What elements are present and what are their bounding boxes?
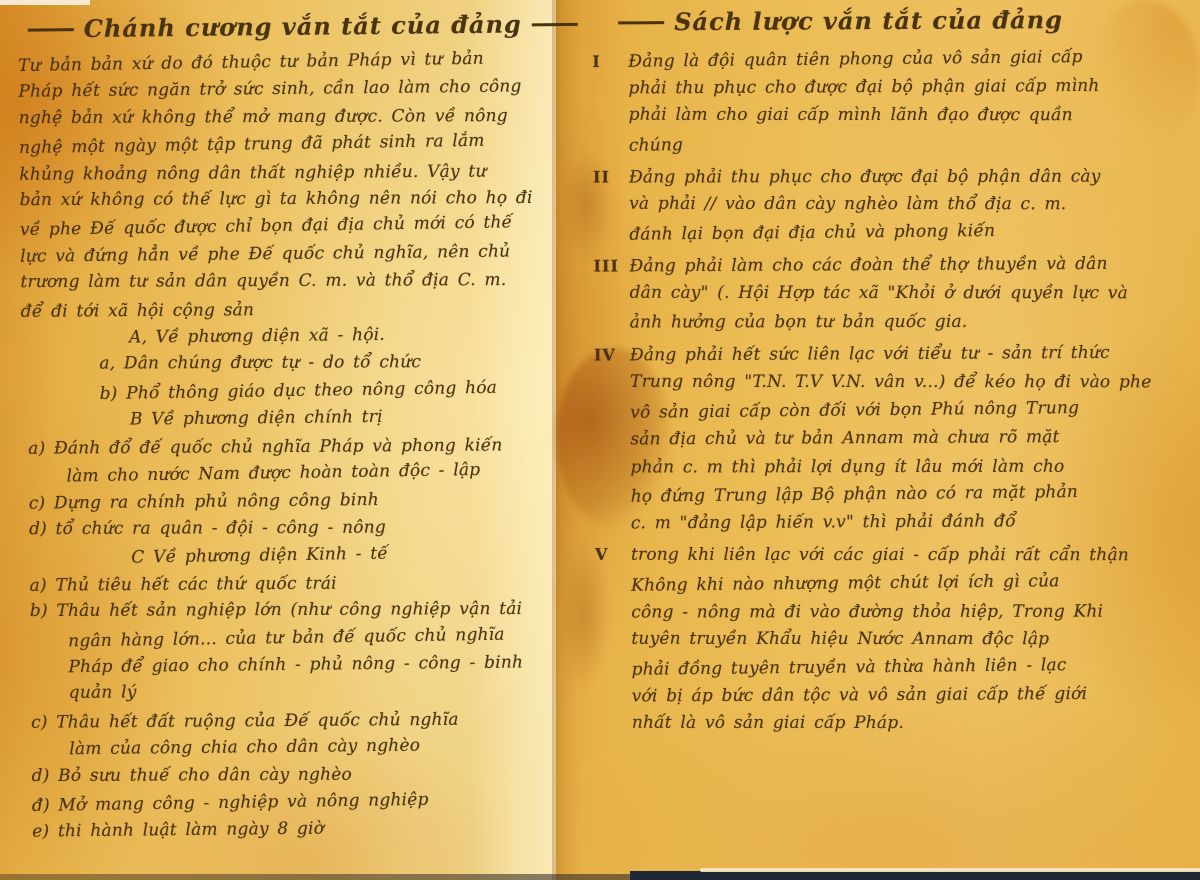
- line-text: phải thu phục cho được đại bộ phận giai …: [628, 76, 1099, 98]
- line-text: Đảng phải làm cho các đoàn thể thợ thuyề…: [629, 254, 1107, 277]
- line-text: ảnh hưởng của bọn tư bản quốc gia.: [630, 312, 968, 333]
- manuscript-line: Pháp hết sức ngăn trở sức sinh, cần lao …: [18, 74, 530, 107]
- line-text: d) Bỏ sưu thuế cho dân cày nghèo: [32, 764, 352, 785]
- line-text: a) Thủ tiêu hết các thứ quốc trái: [30, 573, 337, 595]
- manuscript-line: IIIĐảng phải làm cho các đoàn thể thợ th…: [589, 249, 1189, 280]
- line-text: B Về phương diện chính trị: [130, 407, 383, 430]
- manuscript-line: dân cày" (. Hội Hợp tác xã "Khỏi ở dưới …: [590, 279, 1190, 308]
- item-numeral: II: [593, 163, 610, 191]
- line-text: c) Thâu hết đất ruộng của Đế quốc chủ ng…: [31, 709, 459, 732]
- line-text: nghệ bản xứ không thể mở mang được. Còn …: [19, 106, 508, 128]
- manuscript-line: IIĐảng phải thu phục cho được đại bộ phậ…: [589, 162, 1189, 191]
- title-dash: [618, 21, 664, 24]
- manuscript-line: tuyên truyền Khẩu hiệu Nước Annam độc lậ…: [591, 625, 1191, 654]
- item-numeral: V: [595, 541, 608, 569]
- line-text: ngân hàng lớn... của tư bản đế quốc chủ …: [68, 624, 505, 651]
- line-text: quản lý: [69, 683, 137, 703]
- manuscript-line: phải làm cho giai cấp mình lãnh đạo được…: [589, 101, 1189, 130]
- manuscript-line: và phải // vào dân cày nghèo làm thổ địa…: [589, 190, 1189, 219]
- line-text: khủng khoảng nông dân thất nghiệp nhiều.…: [19, 161, 486, 184]
- manuscript-line: công - nông mà đi vào đường thỏa hiệp, T…: [591, 597, 1191, 626]
- line-text: đ) Mở mang công - nghiệp và nông nghiệp: [32, 790, 429, 816]
- manuscript-line: Vtrong khi liên lạc với các giai - cấp p…: [591, 541, 1191, 570]
- line-text: trương làm tư sản dân quyền C. m. và thổ…: [20, 270, 506, 292]
- line-text: C Về phương diện Kinh - tế: [131, 544, 388, 568]
- line-text: và phải // vào dân cày nghèo làm thổ địa…: [629, 194, 1066, 214]
- line-text: Pháp để giao cho chính - phủ nông - công…: [68, 652, 523, 677]
- line-text: sản địa chủ và tư bản Annam mà chưa rõ m…: [630, 427, 1059, 449]
- line-text: Pháp hết sức ngăn trở sức sinh, cần lao …: [18, 77, 521, 102]
- manuscript-line: với bị áp bức dân tộc và vô sản giai cấp…: [592, 679, 1192, 710]
- manuscript-line: Pháp để giao cho chính - phủ nông - công…: [68, 649, 536, 681]
- line-text: Không khi nào nhượng một chút lợi ích gì…: [631, 571, 1060, 595]
- manuscript-line: đánh lại bọn đại địa chủ và phong kiến: [589, 215, 1189, 249]
- line-text: nhất là vô sản giai cấp Pháp.: [632, 713, 904, 733]
- line-text: làm của công chia cho dân cày nghèo: [69, 736, 420, 760]
- line-text: phản c. m thì phải lợi dụng ít lâu mới l…: [630, 457, 1064, 478]
- line-text: nghệ một ngày một tập trung đã phát sinh…: [19, 131, 485, 158]
- line-text: Đảng là đội quân tiên phong của vô sản g…: [628, 47, 1082, 72]
- item-numeral: III: [593, 252, 619, 280]
- line-text: e) thi hành luật làm ngày 8 giờ: [32, 819, 324, 842]
- scan-bottom-strip: [630, 871, 1200, 880]
- line-text: tuyên truyền Khẩu hiệu Nước Annam độc lậ…: [631, 629, 1049, 649]
- scan-bottom-strip-highlight: [700, 868, 1200, 872]
- line-text: trong khi liên lạc với các giai - cấp ph…: [631, 545, 1129, 565]
- line-text: phải đồng tuyên truyền và thừa hành liên…: [631, 655, 1066, 680]
- manuscript-line: phải thu phục cho được đại bộ phận giai …: [588, 71, 1188, 102]
- line-text: vô sản giai cấp còn đối với bọn Phú nông…: [630, 398, 1079, 423]
- line-text: công - nông mà đi vào đường thỏa hiệp, T…: [631, 602, 1103, 623]
- item-numeral: IV: [594, 341, 616, 369]
- line-text: A, Về phương diện xã - hội.: [129, 325, 385, 348]
- title-dash: [532, 23, 578, 26]
- line-text: Đảng phải thu phục cho được đại bộ phận …: [629, 167, 1101, 188]
- left-page-content: Chánh cương vắn tắt của đảng Tư bản bản …: [18, 9, 539, 846]
- manuscript-scan: Chánh cương vắn tắt của đảng Tư bản bản …: [0, 0, 1200, 880]
- line-text: a) Đánh đổ đế quốc chủ nghĩa Pháp và pho…: [28, 435, 502, 458]
- line-text: Đảng phải hết sức liên lạc với tiểu tư -…: [630, 343, 1110, 366]
- manuscript-line: e) thi hành luật làm ngày 8 giờ: [32, 814, 538, 847]
- manuscript-line: c. m "đảng lập hiến v.v" thì phải đánh đ…: [591, 506, 1191, 537]
- manuscript-line: Trung nông "T.N. T.V V.N. vân v...) để k…: [590, 368, 1190, 397]
- manuscript-line: C Về phương diện Kinh - tế: [131, 539, 535, 573]
- manuscript-line: c) Dựng ra chính phủ nông công binh: [29, 485, 535, 518]
- manuscript-line: trương làm tư sản dân quyền C. m. và thổ…: [20, 267, 532, 297]
- manuscript-line: nghệ một ngày một tập trung đã phát sinh…: [19, 127, 531, 162]
- scan-edge-sliver: [0, 0, 90, 5]
- manuscript-line: a, Dân chúng được tự - do tổ chức: [99, 349, 533, 378]
- manuscript-line: B Về phương diện chính trị: [130, 403, 534, 435]
- line-text: với bị áp bức dân tộc và vô sản giai cấp…: [632, 684, 1088, 706]
- title-dash: [28, 28, 74, 31]
- left-page-lines: Tư bản bản xứ do đó thuộc tư bản Pháp vì…: [18, 46, 538, 846]
- line-text: c) Dựng ra chính phủ nông công binh: [29, 489, 379, 513]
- right-page-title: Sách lược vắn tắt của đảng: [588, 4, 1188, 36]
- line-text: a, Dân chúng được tự - do tổ chức: [99, 353, 421, 374]
- right-page-content: Sách lược vắn tắt của đảng IĐảng là đội …: [588, 4, 1192, 738]
- manuscript-line: lực và đứng hẳn về phe Đế quốc chủ nghĩa…: [20, 238, 532, 271]
- line-text: Trung nông "T.N. T.V V.N. vân v...) để k…: [630, 372, 1151, 392]
- line-text: họ đứng Trung lập Bộ phận nào có ra mặt …: [631, 482, 1079, 507]
- line-text: chúng: [629, 135, 683, 156]
- line-text: dân cày" (. Hội Hợp tác xã "Khỏi ở dưới …: [630, 283, 1128, 303]
- line-text: Tư bản bản xứ do đó thuộc tư bản Pháp vì…: [18, 49, 484, 76]
- manuscript-line: Không khi nào nhượng một chút lợi ích gì…: [591, 566, 1191, 600]
- manuscript-line: làm của công chia cho dân cày nghèo: [69, 731, 537, 763]
- manuscript-line: IVĐảng phải hết sức liên lạc với tiểu tư…: [590, 338, 1190, 369]
- line-text: b) Phổ thông giáo dục theo nông công hóa: [99, 378, 497, 404]
- line-text: phải làm cho giai cấp mình lãnh đạo được…: [629, 105, 1073, 125]
- line-text: b) Thâu hết sản nghiệp lớn (như công ngh…: [30, 599, 522, 621]
- manuscript-line: sản địa chủ và tư bản Annam mà chưa rõ m…: [590, 422, 1190, 453]
- item-numeral: I: [592, 48, 601, 76]
- right-page-lines: IĐảng là đội quân tiên phong của vô sản …: [588, 43, 1192, 738]
- line-text: lực và đứng hẳn về phe Đế quốc chủ nghĩa…: [20, 241, 510, 266]
- line-text: về phe Đế quốc được chỉ bọn đại địa chủ …: [20, 213, 513, 241]
- manuscript-line: khủng khoảng nông dân thất nghiệp nhiều.…: [19, 158, 531, 189]
- manuscript-line: ảnh hưởng của bọn tư bản quốc gia.: [590, 307, 1190, 336]
- line-text: d) tổ chức ra quân - đội - công - nông: [29, 517, 386, 539]
- manuscript-line: quản lý: [69, 678, 537, 707]
- manuscript-line: chúng: [589, 126, 1189, 160]
- manuscript-line: nhất là vô sản giai cấp Pháp.: [592, 709, 1192, 738]
- line-text: làm cho nước Nam được hoàn toàn độc - lậ…: [66, 460, 480, 486]
- left-page-title-text: Chánh cương vắn tắt của đảng: [84, 9, 522, 43]
- line-text: đánh lại bọn đại địa chủ và phong kiến: [629, 221, 995, 245]
- line-text: để đi tới xã hội cộng sản: [21, 300, 254, 322]
- manuscript-line: A, Về phương diện xã - hội.: [129, 320, 533, 352]
- manuscript-line: b) Thâu hết sản nghiệp lớn (như công ngh…: [30, 596, 536, 626]
- right-page-title-text: Sách lược vắn tắt của đảng: [674, 5, 1063, 36]
- line-text: c. m "đảng lập hiến v.v" thì phải đánh đ…: [631, 511, 1016, 533]
- line-text: bản xứ không có thế lực gì ta không nên …: [20, 188, 533, 210]
- left-page-title: Chánh cương vắn tắt của đảng: [18, 9, 530, 43]
